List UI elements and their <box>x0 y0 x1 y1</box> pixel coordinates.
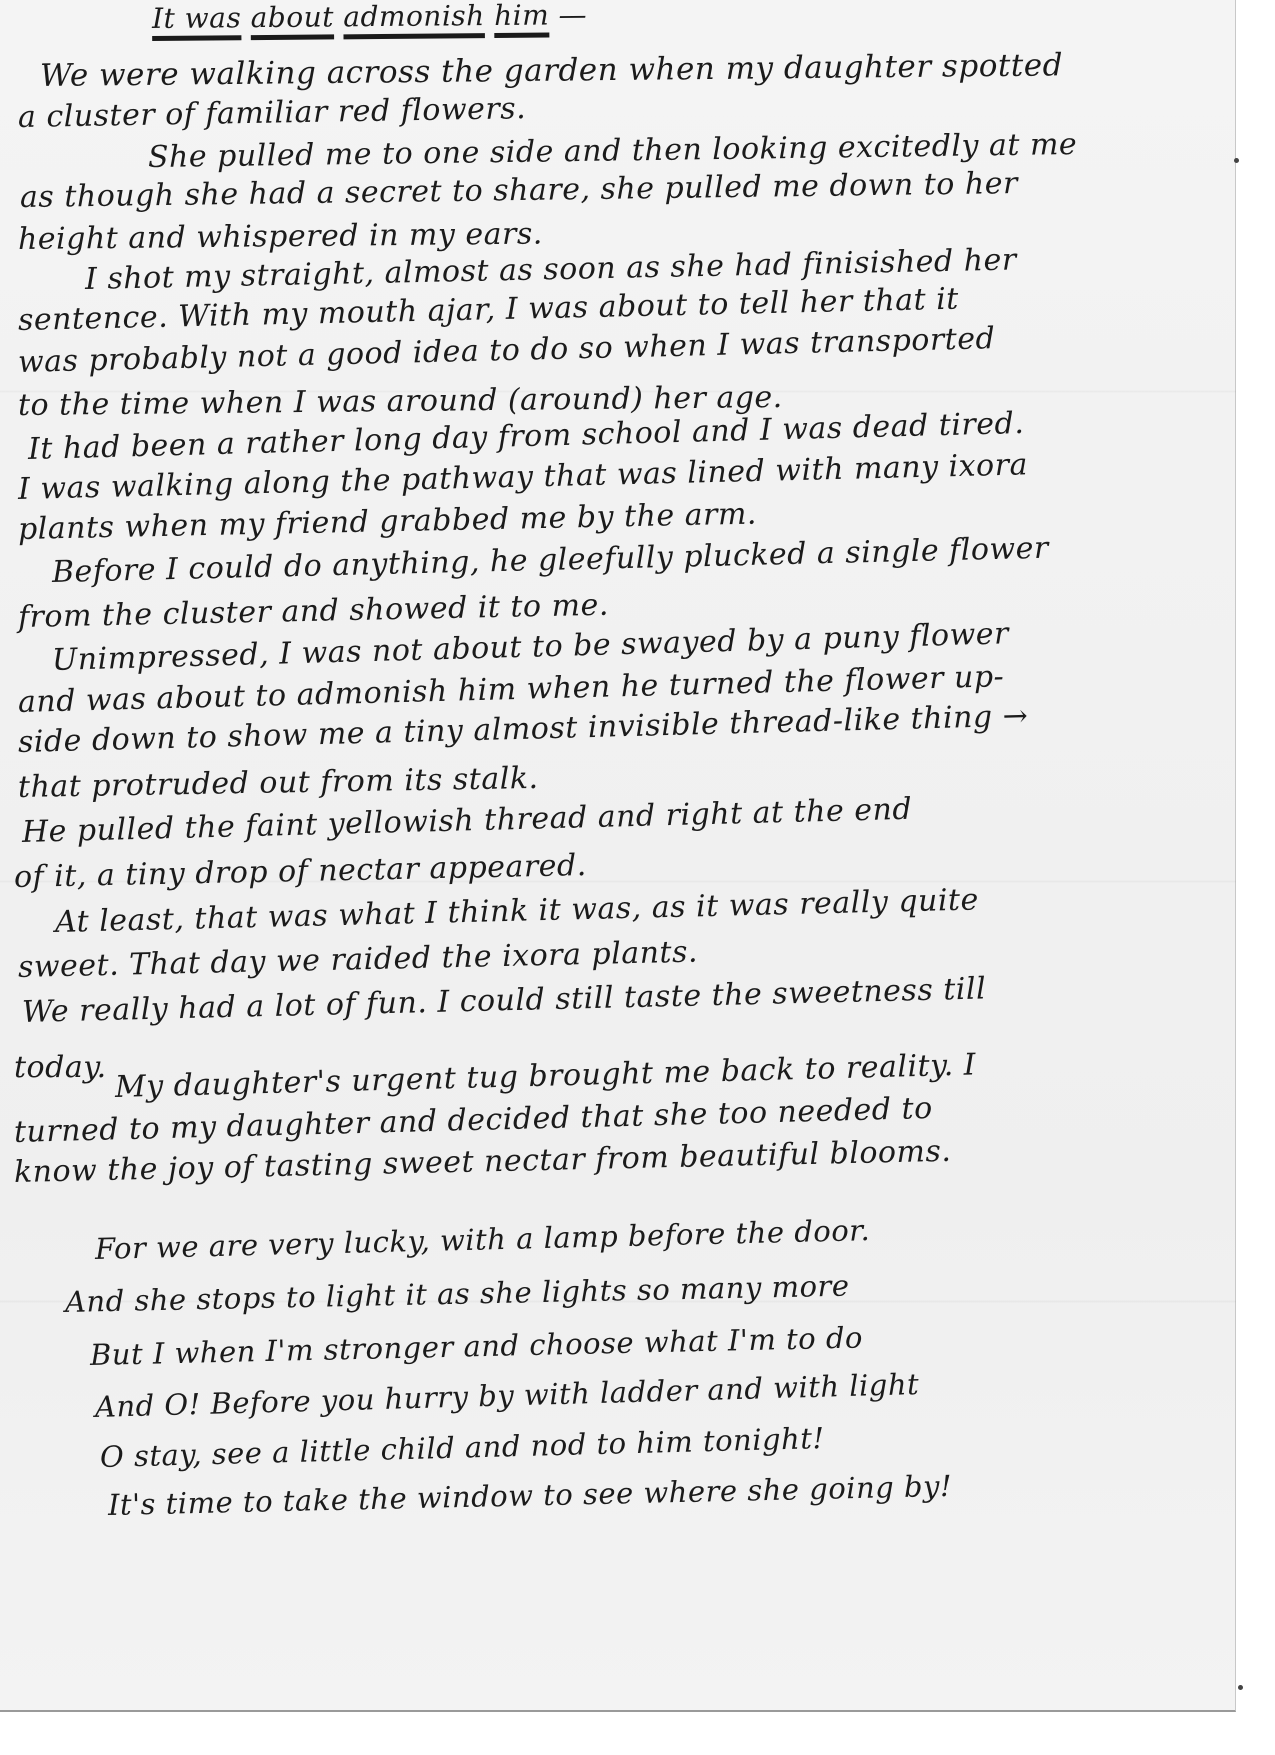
title-word: him <box>494 0 549 32</box>
prose-line: a cluster of familiar red flowers. <box>18 91 527 135</box>
title-dash: — <box>558 0 587 31</box>
prose-line: today. <box>14 1050 107 1085</box>
poem-line: O stay, see a little child and nod to hi… <box>100 1421 825 1474</box>
poem-line: And she stops to light it as she lights … <box>65 1269 850 1319</box>
title-word: It was <box>152 1 242 35</box>
poem-line: For we are very lucky, with a lamp befor… <box>95 1213 871 1266</box>
poem-line: It's time to take the window to see wher… <box>108 1469 953 1522</box>
title-word: admonish <box>343 0 485 33</box>
prose-line: height and whispered in my ears. <box>18 217 543 257</box>
title-word: about <box>251 0 335 34</box>
prose-line: from the cluster and showed it to me. <box>18 588 610 635</box>
prose-line: sweet. That day we raided the ixora plan… <box>18 935 699 985</box>
paper-speck <box>1238 1685 1243 1690</box>
paper-speck <box>1234 158 1239 163</box>
poem-line: And O! Before you hurry by with ladder a… <box>95 1367 920 1424</box>
prose-line: We were walking across the garden when m… <box>40 47 1063 94</box>
handwritten-page: It was about admonish him — We were walk… <box>0 0 1236 1712</box>
poem-line: But I when I'm stronger and choose what … <box>90 1320 864 1372</box>
prose-line: that protruded out from its stalk. <box>18 761 539 805</box>
page-title: It was about admonish him — <box>152 0 587 35</box>
prose-line: of it, a tiny drop of nectar appeared. <box>14 848 587 895</box>
